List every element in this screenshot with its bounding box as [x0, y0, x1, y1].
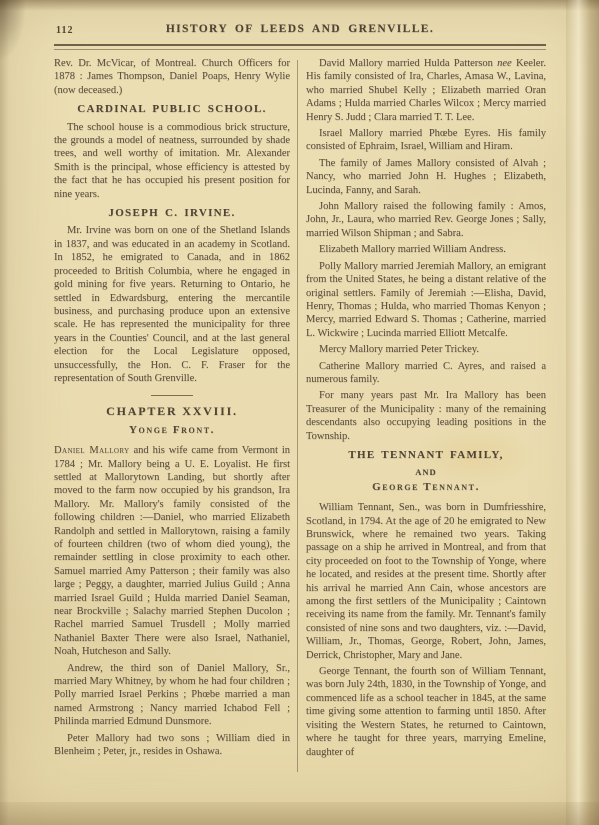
paragraph-polly-mallory: Polly Mallory married Jeremiah Mallory, …	[306, 260, 546, 340]
heading-joseph-c-irvine: JOSEPH C. IRVINE.	[54, 207, 290, 220]
subheading-yonge-front: Yonge Front.	[54, 424, 290, 437]
paragraph-daniel-mallory-text: and his wife came from Vermont in 1784 ;…	[54, 445, 290, 657]
header-rule	[54, 44, 546, 50]
heading-tennant-family: THE TENNANT FAMILY,	[306, 449, 546, 462]
heading-tennant-and: AND	[306, 466, 546, 479]
paragraph-daniel-mallory: Daniel Mallory and his wife came from Ve…	[54, 444, 290, 659]
paragraph-david-pre: David Mallory married Hulda Patterson	[319, 58, 497, 69]
heading-cardinal-public-school: CARDINAL PUBLIC SCHOOL.	[54, 103, 290, 116]
paragraph-david-mallory: David Mallory married Hulda Patterson ne…	[306, 57, 546, 124]
paragraph-school-house: The school house is a commodious brick s…	[54, 121, 290, 201]
right-column: David Mallory married Hulda Patterson ne…	[306, 57, 546, 762]
paragraph-andrew-mallory: Andrew, the third son of Daniel Mallory,…	[54, 662, 290, 729]
left-column: Rev. Dr. McVicar, of Montreal. Church Of…	[54, 57, 290, 762]
paragraph-ira-mallory: For many years past Mr. Ira Mallory has …	[306, 389, 546, 443]
section-divider-rule	[151, 395, 193, 396]
heading-chapter-xxviii: CHAPTER XXVIII.	[54, 405, 290, 418]
paragraph-lead-smallcaps: Daniel Mallory	[54, 445, 129, 456]
paragraph-mercy-mallory: Mercy Mallory married Peter Trickey.	[306, 343, 546, 356]
paragraph-peter-mallory: Peter Mallory had two sons ; William die…	[54, 732, 290, 759]
page-bottom-edge	[0, 802, 599, 825]
paragraph-william-tennant: William Tennant, Sen., was born in Dumfr…	[306, 501, 546, 662]
heading-george-tennant: George Tennant.	[306, 481, 546, 494]
page-left-edge-shadow	[0, 0, 9, 825]
paragraph-irvine-bio: Mr. Irvine was born on one of the Shetla…	[54, 224, 290, 385]
running-head: HISTORY OF LEEDS AND GRENVILLE.	[54, 23, 546, 35]
nee-italic: nee	[497, 58, 512, 69]
paragraph-george-tennant: George Tennant, the fourth son of Willia…	[306, 665, 546, 759]
paragraph-john-mallory: John Mallory raised the following family…	[306, 200, 546, 240]
paragraph-elizabeth-mallory: Elizabeth Mallory married William Andres…	[306, 243, 546, 256]
paragraph-mcvicar: Rev. Dr. McVicar, of Montreal. Church Of…	[54, 57, 290, 97]
page-right-edge	[566, 0, 599, 825]
paragraph-james-mallory: The family of James Mallory consisted of…	[306, 157, 546, 197]
paragraph-israel-mallory: Israel Mallory married Phœbe Eyres. His …	[306, 127, 546, 154]
page-top-edge-shadow	[0, 0, 599, 11]
text-columns: Rev. Dr. McVicar, of Montreal. Church Of…	[54, 57, 546, 762]
paragraph-catherine-mallory: Catherine Mallory married C. Ayres, and …	[306, 360, 546, 387]
book-page-scan: 112 HISTORY OF LEEDS AND GRENVILLE. Rev.…	[0, 0, 599, 825]
